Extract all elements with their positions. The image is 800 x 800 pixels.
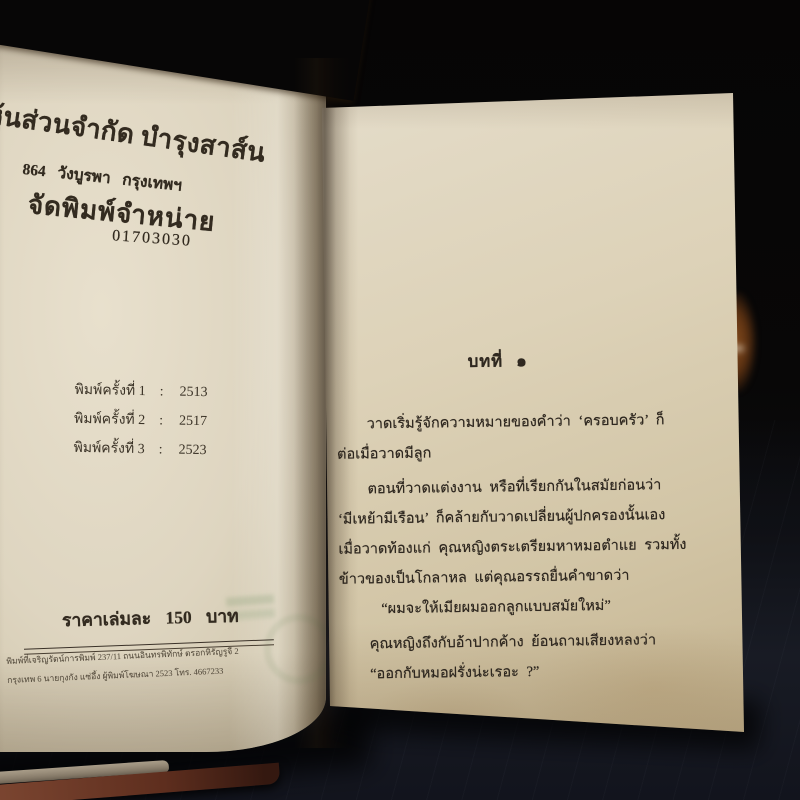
chapter-text-block: บทที่ ๑ วาดเริ่มรู้จักความหมายของคำว่า ‘… <box>336 345 737 689</box>
chapter-heading: บทที่ ๑ <box>468 345 732 375</box>
printing-year: 2513 <box>179 385 207 401</box>
stamp-ghost <box>264 614 326 684</box>
left-page: งหุ้นส่วนจำกัด บำรุงสาส์น 864 วังบูรพา ก… <box>0 40 326 752</box>
printing-year: 2517 <box>179 414 207 430</box>
body-line: “ออกกับหมอฝรั่งน่ะเรอะ ?” <box>340 654 736 690</box>
price-line: ราคาเล่มละ 150 บาท <box>62 602 239 635</box>
printing-history: พิมพ์ครั้งที่ 1 : 2513 พิมพ์ครั้งที่ 2 :… <box>73 379 208 468</box>
printing-label: พิมพ์ครั้งที่ 3 <box>73 437 145 460</box>
printing-label: พิมพ์ครั้งที่ 2 <box>74 408 146 431</box>
printing-row-3: พิมพ์ครั้งที่ 3 : 2523 <box>73 437 207 468</box>
printing-separator: : <box>159 413 163 429</box>
book-photo-scene: งหุ้นส่วนจำกัด บำรุงสาส์น 864 วังบูรพา ก… <box>0 0 800 800</box>
right-page: บทที่ ๑ วาดเริ่มรู้จักความหมายของคำว่า ‘… <box>320 90 746 740</box>
printing-separator: : <box>160 384 164 400</box>
printing-year: 2523 <box>178 443 206 459</box>
body-line: ต่อเมื่อวาดมีลูก <box>337 434 733 470</box>
body-line: เมื่อวาดท้องแก่ คุณหญิงตระเตรียมหาหมอตำแ… <box>338 529 734 565</box>
printing-separator: : <box>159 442 163 458</box>
body-line: “ผมจะให้เมียผมออกลูกแบบสมัยใหม่” <box>339 589 735 625</box>
printing-row-2: พิมพ์ครั้งที่ 2 : 2517 <box>74 408 208 439</box>
printing-label: พิมพ์ครั้งที่ 1 <box>74 379 146 402</box>
printing-row-1: พิมพ์ครั้งที่ 1 : 2513 <box>74 379 208 410</box>
